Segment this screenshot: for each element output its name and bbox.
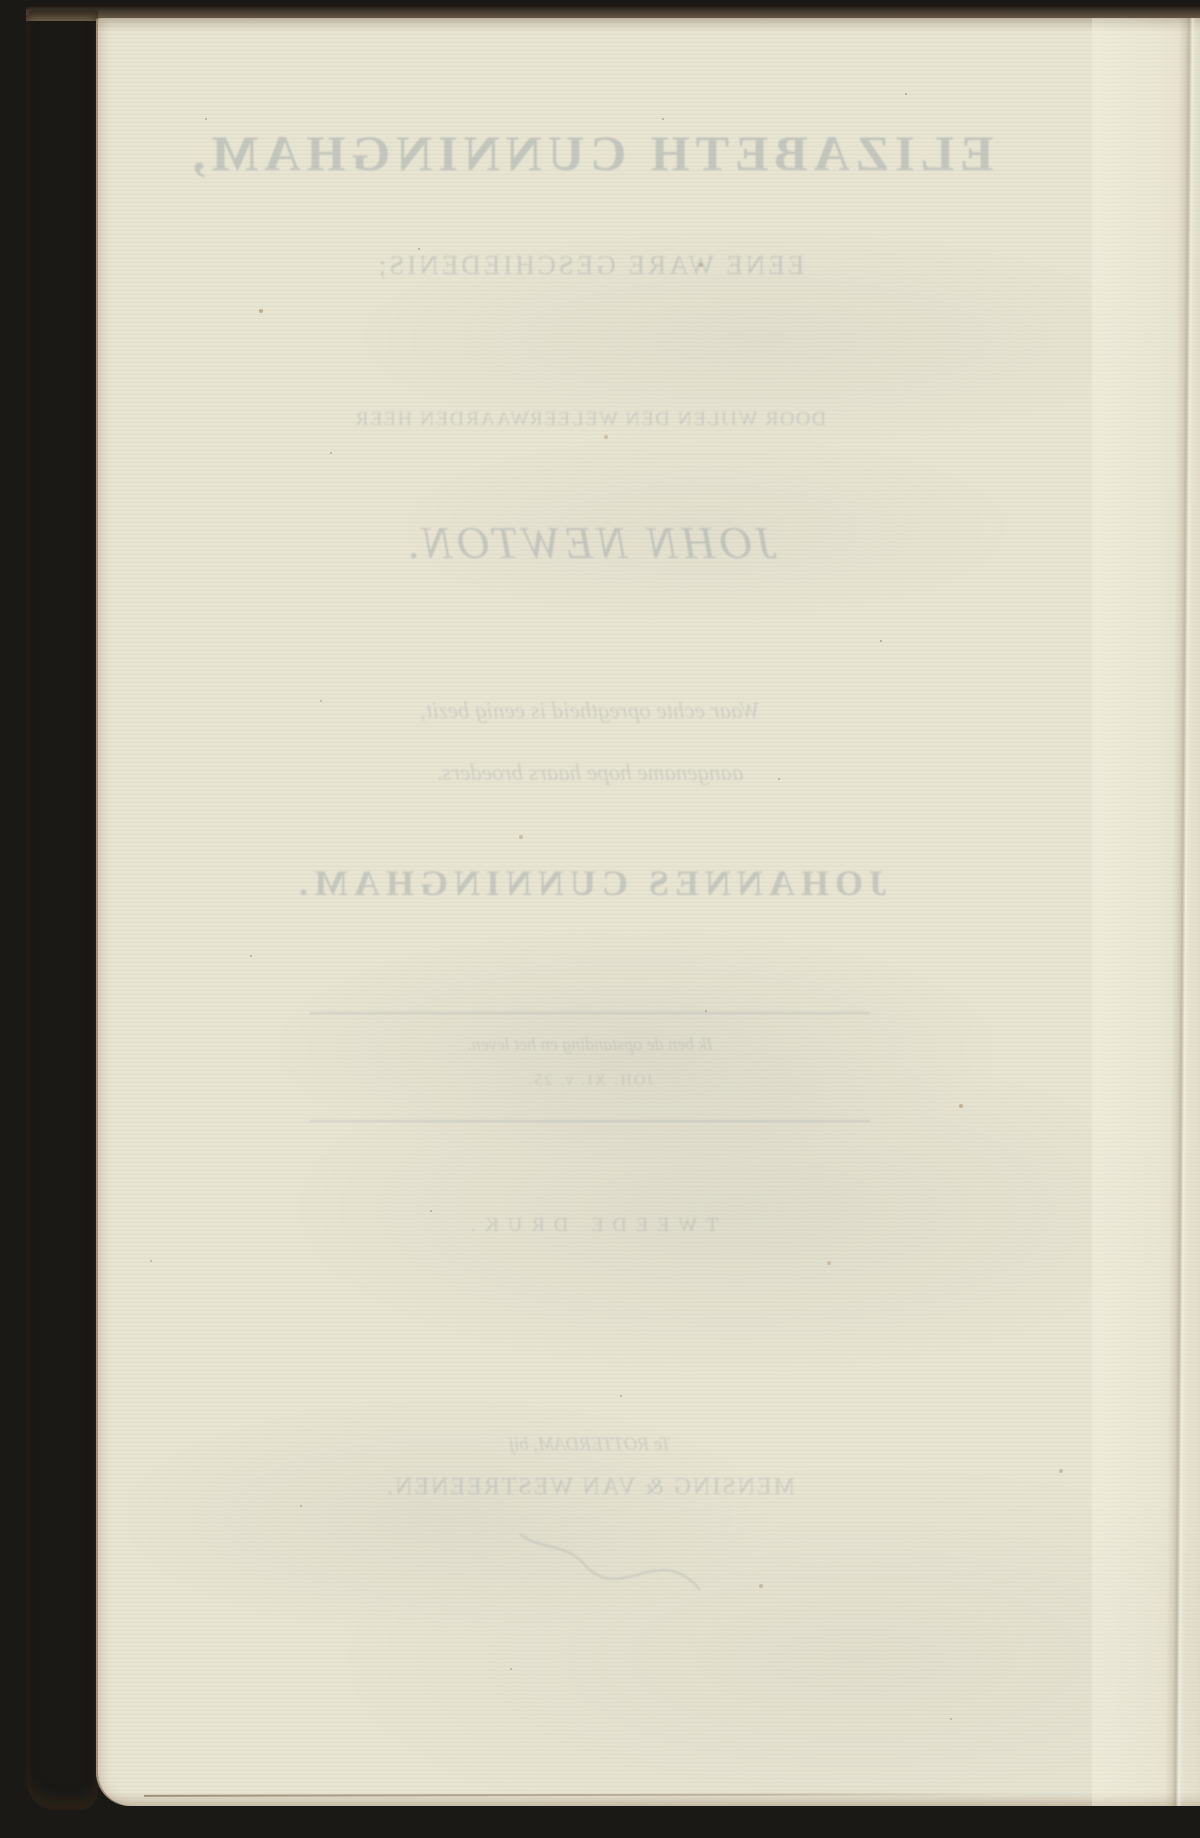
blank-page — [96, 18, 1200, 1806]
page-right-margin-strip — [1092, 18, 1200, 1806]
foxing-specks — [0, 0, 2, 2]
book-scan: ELIZABETH CUNNINGHAM, EENE WARE GESCHIED… — [0, 0, 1200, 1838]
page-edge-stack — [26, 10, 98, 1810]
paper-texture — [96, 18, 1200, 1806]
